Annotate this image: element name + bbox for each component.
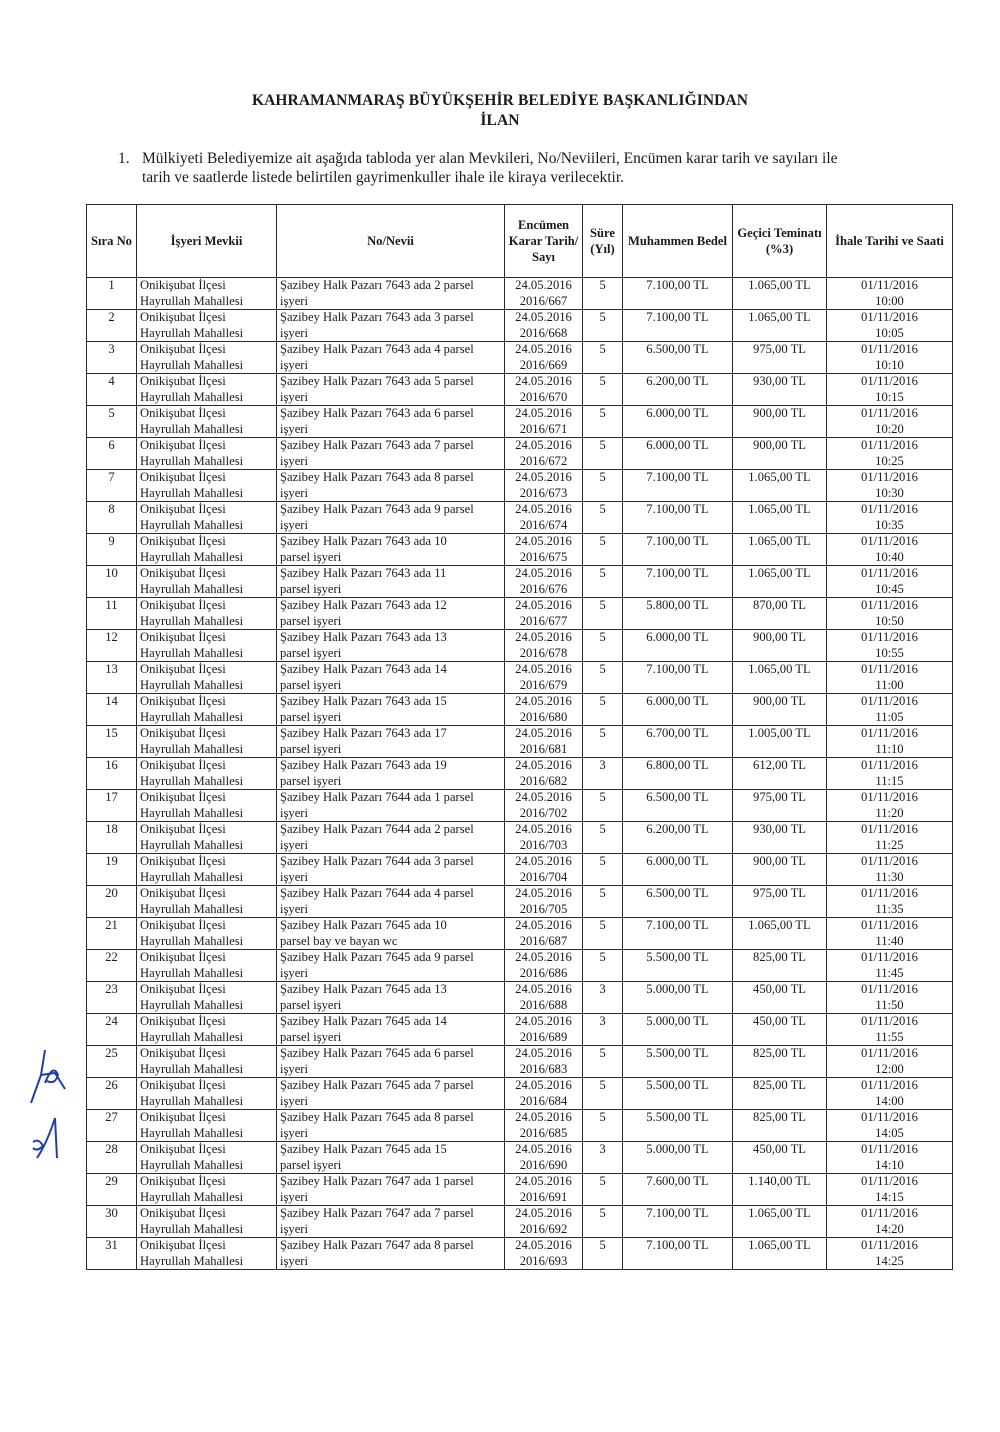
cell-encumen-karar: 24.05.20162016/703: [505, 822, 583, 854]
sira-no: 21: [105, 918, 118, 932]
ihale-tarih: 01/11/2016: [830, 886, 949, 902]
mevki-mahalle: Hayrullah Mahallesi: [140, 294, 273, 310]
karar-sayi: 2016/672: [508, 454, 579, 470]
cell-sira-no: 25: [87, 1046, 137, 1078]
ihale-tarih: 01/11/2016: [830, 1110, 949, 1126]
cell-no-nevii: Şazibey Halk Pazarı 7644 ada 3 parselişy…: [277, 854, 505, 886]
cell-gecici-teminat: 1.140,00 TL: [733, 1174, 827, 1206]
cell-ihale-tarihi: 01/11/201611:10: [827, 726, 953, 758]
sira-no: 30: [105, 1206, 118, 1220]
ihale-saat: 11:45: [830, 966, 949, 982]
cell-muhammen-bedel: 5.000,00 TL: [623, 1142, 733, 1174]
cell-encumen-karar: 24.05.20162016/688: [505, 982, 583, 1014]
cell-gecici-teminat: 825,00 TL: [733, 1110, 827, 1142]
table-body: 1Onikişubat İlçesiHayrullah MahallesiŞaz…: [87, 278, 953, 1270]
ihale-tarih: 01/11/2016: [830, 1206, 949, 1222]
cell-sira-no: 10: [87, 566, 137, 598]
cell-sure: 5: [583, 662, 623, 694]
table-row: 2Onikişubat İlçesiHayrullah MahallesiŞaz…: [87, 310, 953, 342]
karar-sayi: 2016/681: [508, 742, 579, 758]
nevi-line-1: Şazibey Halk Pazarı 7643 ada 6 parsel: [280, 406, 501, 422]
ihale-tarih: 01/11/2016: [830, 406, 949, 422]
cell-no-nevii: Şazibey Halk Pazarı 7645 ada 6 parselişy…: [277, 1046, 505, 1078]
cell-encumen-karar: 24.05.20162016/687: [505, 918, 583, 950]
sure-value: 5: [599, 1238, 605, 1252]
sira-no: 26: [105, 1078, 118, 1092]
nevi-line-1: Şazibey Halk Pazarı 7644 ada 2 parsel: [280, 822, 501, 838]
ihale-tarih: 01/11/2016: [830, 1014, 949, 1030]
cell-no-nevii: Şazibey Halk Pazarı 7643 ada 8 parselişy…: [277, 470, 505, 502]
cell-sira-no: 30: [87, 1206, 137, 1238]
ihale-saat: 10:25: [830, 454, 949, 470]
cell-encumen-karar: 24.05.20162016/678: [505, 630, 583, 662]
cell-sira-no: 5: [87, 406, 137, 438]
cell-sira-no: 1: [87, 278, 137, 310]
bedel-value: 7.100,00 TL: [646, 566, 708, 580]
sira-no: 11: [105, 598, 117, 612]
cell-sure: 5: [583, 1046, 623, 1078]
nevi-line-1: Şazibey Halk Pazarı 7643 ada 14: [280, 662, 501, 678]
mevki-ilce: Onikişubat İlçesi: [140, 374, 273, 390]
cell-no-nevii: Şazibey Halk Pazarı 7643 ada 10parsel iş…: [277, 534, 505, 566]
sure-value: 5: [599, 1110, 605, 1124]
nevi-line-2: parsel işyeri: [280, 678, 501, 694]
cell-no-nevii: Şazibey Halk Pazarı 7643 ada 5 parselişy…: [277, 374, 505, 406]
cell-sure: 5: [583, 374, 623, 406]
cell-sira-no: 16: [87, 758, 137, 790]
mevki-ilce: Onikişubat İlçesi: [140, 1014, 273, 1030]
karar-sayi: 2016/669: [508, 358, 579, 374]
sure-value: 5: [599, 1046, 605, 1060]
document-subtitle: İLAN: [0, 112, 1000, 130]
ihale-saat: 11:20: [830, 806, 949, 822]
mevki-mahalle: Hayrullah Mahallesi: [140, 422, 273, 438]
sure-value: 5: [599, 374, 605, 388]
karar-tarih: 24.05.2016: [508, 950, 579, 966]
cell-encumen-karar: 24.05.20162016/674: [505, 502, 583, 534]
mevki-mahalle: Hayrullah Mahallesi: [140, 774, 273, 790]
cell-encumen-karar: 24.05.20162016/690: [505, 1142, 583, 1174]
cell-sure: 3: [583, 758, 623, 790]
cell-isyeri-mevkii: Onikişubat İlçesiHayrullah Mahallesi: [137, 822, 277, 854]
table-row: 21Onikişubat İlçesiHayrullah MahallesiŞa…: [87, 918, 953, 950]
cell-isyeri-mevkii: Onikişubat İlçesiHayrullah Mahallesi: [137, 694, 277, 726]
bedel-value: 7.100,00 TL: [646, 918, 708, 932]
cell-isyeri-mevkii: Onikişubat İlçesiHayrullah Mahallesi: [137, 662, 277, 694]
nevi-line-1: Şazibey Halk Pazarı 7644 ada 4 parsel: [280, 886, 501, 902]
karar-sayi: 2016/674: [508, 518, 579, 534]
cell-muhammen-bedel: 7.100,00 TL: [623, 566, 733, 598]
table-row: 10Onikişubat İlçesiHayrullah MahallesiŞa…: [87, 566, 953, 598]
cell-gecici-teminat: 930,00 TL: [733, 374, 827, 406]
mevki-mahalle: Hayrullah Mahallesi: [140, 678, 273, 694]
cell-isyeri-mevkii: Onikişubat İlçesiHayrullah Mahallesi: [137, 1046, 277, 1078]
karar-sayi: 2016/692: [508, 1222, 579, 1238]
mevki-mahalle: Hayrullah Mahallesi: [140, 870, 273, 886]
ihale-saat: 14:15: [830, 1190, 949, 1206]
bedel-value: 6.500,00 TL: [646, 342, 708, 356]
cell-sure: 5: [583, 470, 623, 502]
ihale-saat: 10:55: [830, 646, 949, 662]
cell-no-nevii: Şazibey Halk Pazarı 7645 ada 8 parselişy…: [277, 1110, 505, 1142]
ihale-saat: 11:15: [830, 774, 949, 790]
ihale-saat: 10:30: [830, 486, 949, 502]
cell-ihale-tarihi: 01/11/201610:15: [827, 374, 953, 406]
sure-value: 5: [599, 854, 605, 868]
cell-isyeri-mevkii: Onikişubat İlçesiHayrullah Mahallesi: [137, 406, 277, 438]
sira-no: 7: [108, 470, 114, 484]
cell-muhammen-bedel: 6.500,00 TL: [623, 886, 733, 918]
mevki-mahalle: Hayrullah Mahallesi: [140, 966, 273, 982]
nevi-line-1: Şazibey Halk Pazarı 7645 ada 6 parsel: [280, 1046, 501, 1062]
cell-gecici-teminat: 1.005,00 TL: [733, 726, 827, 758]
karar-sayi: 2016/677: [508, 614, 579, 630]
nevi-line-2: parsel işyeri: [280, 710, 501, 726]
cell-gecici-teminat: 1.065,00 TL: [733, 566, 827, 598]
sure-value: 5: [599, 822, 605, 836]
mevki-ilce: Onikişubat İlçesi: [140, 1238, 273, 1254]
ihale-tarih: 01/11/2016: [830, 694, 949, 710]
ihale-saat: 14:05: [830, 1126, 949, 1142]
sira-no: 6: [108, 438, 114, 452]
teminat-value: 1.065,00 TL: [748, 566, 810, 580]
mevki-mahalle: Hayrullah Mahallesi: [140, 934, 273, 950]
header-isyeri-mevkii: İşyeri Mevkii: [137, 205, 277, 278]
cell-isyeri-mevkii: Onikişubat İlçesiHayrullah Mahallesi: [137, 598, 277, 630]
bedel-value: 7.100,00 TL: [646, 662, 708, 676]
cell-sure: 5: [583, 310, 623, 342]
sure-value: 3: [599, 1142, 605, 1156]
teminat-value: 900,00 TL: [753, 438, 806, 452]
mevki-ilce: Onikişubat İlçesi: [140, 470, 273, 486]
cell-gecici-teminat: 870,00 TL: [733, 598, 827, 630]
table-row: 26Onikişubat İlçesiHayrullah MahallesiŞa…: [87, 1078, 953, 1110]
karar-tarih: 24.05.2016: [508, 1078, 579, 1094]
cell-sure: 5: [583, 406, 623, 438]
cell-no-nevii: Şazibey Halk Pazarı 7643 ada 14parsel iş…: [277, 662, 505, 694]
ihale-saat: 10:35: [830, 518, 949, 534]
ihale-tarih: 01/11/2016: [830, 726, 949, 742]
cell-encumen-karar: 24.05.20162016/702: [505, 790, 583, 822]
table-row: 6Onikişubat İlçesiHayrullah MahallesiŞaz…: [87, 438, 953, 470]
cell-no-nevii: Şazibey Halk Pazarı 7643 ada 3 parselişy…: [277, 310, 505, 342]
cell-encumen-karar: 24.05.20162016/689: [505, 1014, 583, 1046]
cell-isyeri-mevkii: Onikişubat İlçesiHayrullah Mahallesi: [137, 1174, 277, 1206]
cell-isyeri-mevkii: Onikişubat İlçesiHayrullah Mahallesi: [137, 726, 277, 758]
cell-no-nevii: Şazibey Halk Pazarı 7645 ada 7 parselişy…: [277, 1078, 505, 1110]
karar-sayi: 2016/667: [508, 294, 579, 310]
table-row: 16Onikişubat İlçesiHayrullah MahallesiŞa…: [87, 758, 953, 790]
cell-sure: 5: [583, 1110, 623, 1142]
nevi-line-2: işyeri: [280, 454, 501, 470]
teminat-value: 1.065,00 TL: [748, 662, 810, 676]
table-row: 24Onikişubat İlçesiHayrullah MahallesiŞa…: [87, 1014, 953, 1046]
table-row: 4Onikişubat İlçesiHayrullah MahallesiŞaz…: [87, 374, 953, 406]
cell-isyeri-mevkii: Onikişubat İlçesiHayrullah Mahallesi: [137, 374, 277, 406]
cell-gecici-teminat: 1.065,00 TL: [733, 310, 827, 342]
sure-value: 5: [599, 790, 605, 804]
karar-sayi: 2016/693: [508, 1254, 579, 1270]
ihale-tarih: 01/11/2016: [830, 790, 949, 806]
cell-encumen-karar: 24.05.20162016/705: [505, 886, 583, 918]
cell-ihale-tarihi: 01/11/201610:00: [827, 278, 953, 310]
bedel-value: 6.500,00 TL: [646, 790, 708, 804]
table-row: 12Onikişubat İlçesiHayrullah MahallesiŞa…: [87, 630, 953, 662]
sure-value: 5: [599, 438, 605, 452]
ihale-tarih: 01/11/2016: [830, 950, 949, 966]
table-row: 31Onikişubat İlçesiHayrullah MahallesiŞa…: [87, 1238, 953, 1270]
cell-muhammen-bedel: 7.100,00 TL: [623, 1206, 733, 1238]
cell-no-nevii: Şazibey Halk Pazarı 7643 ada 17parsel iş…: [277, 726, 505, 758]
table-row: 23Onikişubat İlçesiHayrullah MahallesiŞa…: [87, 982, 953, 1014]
cell-muhammen-bedel: 7.100,00 TL: [623, 502, 733, 534]
ihale-saat: 11:05: [830, 710, 949, 726]
cell-isyeri-mevkii: Onikişubat İlçesiHayrullah Mahallesi: [137, 982, 277, 1014]
mevki-mahalle: Hayrullah Mahallesi: [140, 454, 273, 470]
teminat-value: 930,00 TL: [753, 374, 806, 388]
cell-no-nevii: Şazibey Halk Pazarı 7643 ada 2 parselişy…: [277, 278, 505, 310]
cell-ihale-tarihi: 01/11/201611:45: [827, 950, 953, 982]
teminat-value: 450,00 TL: [753, 982, 806, 996]
ihale-saat: 11:10: [830, 742, 949, 758]
nevi-line-2: işyeri: [280, 390, 501, 406]
ihale-saat: 10:10: [830, 358, 949, 374]
cell-encumen-karar: 24.05.20162016/685: [505, 1110, 583, 1142]
sure-value: 5: [599, 886, 605, 900]
table-row: 18Onikişubat İlçesiHayrullah MahallesiŞa…: [87, 822, 953, 854]
cell-no-nevii: Şazibey Halk Pazarı 7643 ada 13parsel iş…: [277, 630, 505, 662]
cell-sira-no: 4: [87, 374, 137, 406]
ihale-saat: 12:00: [830, 1062, 949, 1078]
karar-sayi: 2016/683: [508, 1062, 579, 1078]
cell-ihale-tarihi: 01/11/201614:15: [827, 1174, 953, 1206]
sure-value: 5: [599, 1174, 605, 1188]
cell-isyeri-mevkii: Onikişubat İlçesiHayrullah Mahallesi: [137, 758, 277, 790]
teminat-value: 870,00 TL: [753, 598, 806, 612]
teminat-value: 450,00 TL: [753, 1014, 806, 1028]
ihale-tarih: 01/11/2016: [830, 502, 949, 518]
cell-sure: 5: [583, 790, 623, 822]
mevki-mahalle: Hayrullah Mahallesi: [140, 518, 273, 534]
nevi-line-1: Şazibey Halk Pazarı 7647 ada 1 parsel: [280, 1174, 501, 1190]
sure-value: 5: [599, 950, 605, 964]
cell-sure: 5: [583, 1206, 623, 1238]
cell-isyeri-mevkii: Onikişubat İlçesiHayrullah Mahallesi: [137, 278, 277, 310]
cell-sure: 5: [583, 854, 623, 886]
mevki-mahalle: Hayrullah Mahallesi: [140, 1158, 273, 1174]
ihale-tarih: 01/11/2016: [830, 598, 949, 614]
karar-tarih: 24.05.2016: [508, 406, 579, 422]
mevki-ilce: Onikişubat İlçesi: [140, 1142, 273, 1158]
ihale-saat: 10:20: [830, 422, 949, 438]
bedel-value: 7.100,00 TL: [646, 470, 708, 484]
cell-isyeri-mevkii: Onikişubat İlçesiHayrullah Mahallesi: [137, 918, 277, 950]
bedel-value: 7.100,00 TL: [646, 310, 708, 324]
nevi-line-1: Şazibey Halk Pazarı 7643 ada 11: [280, 566, 501, 582]
nevi-line-2: işyeri: [280, 294, 501, 310]
teminat-value: 612,00 TL: [753, 758, 806, 772]
cell-sure: 5: [583, 502, 623, 534]
cell-encumen-karar: 24.05.20162016/676: [505, 566, 583, 598]
paragraph-number: 1.: [118, 149, 130, 168]
sira-no: 28: [105, 1142, 118, 1156]
cell-sure: 3: [583, 982, 623, 1014]
auction-table: Sıra No İşyeri Mevkii No/Nevii Encümen K…: [86, 204, 953, 1270]
mevki-ilce: Onikişubat İlçesi: [140, 854, 273, 870]
mevki-mahalle: Hayrullah Mahallesi: [140, 614, 273, 630]
nevi-line-2: işyeri: [280, 326, 501, 342]
ihale-saat: 14:20: [830, 1222, 949, 1238]
cell-gecici-teminat: 612,00 TL: [733, 758, 827, 790]
bedel-value: 5.800,00 TL: [646, 598, 708, 612]
mevki-mahalle: Hayrullah Mahallesi: [140, 1126, 273, 1142]
mevki-mahalle: Hayrullah Mahallesi: [140, 1062, 273, 1078]
sure-value: 5: [599, 918, 605, 932]
cell-no-nevii: Şazibey Halk Pazarı 7645 ada 9 parselişy…: [277, 950, 505, 982]
cell-no-nevii: Şazibey Halk Pazarı 7647 ada 8 parselişy…: [277, 1238, 505, 1270]
mevki-mahalle: Hayrullah Mahallesi: [140, 1254, 273, 1270]
karar-sayi: 2016/678: [508, 646, 579, 662]
table-row: 11Onikişubat İlçesiHayrullah MahallesiŞa…: [87, 598, 953, 630]
mevki-mahalle: Hayrullah Mahallesi: [140, 742, 273, 758]
karar-tarih: 24.05.2016: [508, 1110, 579, 1126]
sira-no: 15: [105, 726, 118, 740]
cell-isyeri-mevkii: Onikişubat İlçesiHayrullah Mahallesi: [137, 1206, 277, 1238]
cell-gecici-teminat: 1.065,00 TL: [733, 470, 827, 502]
nevi-line-1: Şazibey Halk Pazarı 7643 ada 3 parsel: [280, 310, 501, 326]
ihale-tarih: 01/11/2016: [830, 1142, 949, 1158]
cell-sira-no: 29: [87, 1174, 137, 1206]
cell-encumen-karar: 24.05.20162016/673: [505, 470, 583, 502]
mevki-ilce: Onikişubat İlçesi: [140, 630, 273, 646]
cell-no-nevii: Şazibey Halk Pazarı 7643 ada 15parsel iş…: [277, 694, 505, 726]
cell-ihale-tarihi: 01/11/201612:00: [827, 1046, 953, 1078]
mevki-ilce: Onikişubat İlçesi: [140, 886, 273, 902]
nevi-line-2: işyeri: [280, 1254, 501, 1270]
karar-sayi: 2016/686: [508, 966, 579, 982]
sira-no: 25: [105, 1046, 118, 1060]
karar-sayi: 2016/671: [508, 422, 579, 438]
karar-sayi: 2016/675: [508, 550, 579, 566]
table-row: 17Onikişubat İlçesiHayrullah MahallesiŞa…: [87, 790, 953, 822]
sure-value: 5: [599, 694, 605, 708]
cell-encumen-karar: 24.05.20162016/692: [505, 1206, 583, 1238]
mevki-mahalle: Hayrullah Mahallesi: [140, 1094, 273, 1110]
sira-no: 20: [105, 886, 118, 900]
sira-no: 18: [105, 822, 118, 836]
header-no-nevii: No/Nevii: [277, 205, 505, 278]
cell-ihale-tarihi: 01/11/201614:25: [827, 1238, 953, 1270]
ihale-saat: 11:35: [830, 902, 949, 918]
cell-ihale-tarihi: 01/11/201610:25: [827, 438, 953, 470]
nevi-line-1: Şazibey Halk Pazarı 7643 ada 15: [280, 694, 501, 710]
sure-value: 5: [599, 726, 605, 740]
mevki-ilce: Onikişubat İlçesi: [140, 758, 273, 774]
cell-ihale-tarihi: 01/11/201611:40: [827, 918, 953, 950]
ihale-saat: 10:05: [830, 326, 949, 342]
table-row: 5Onikişubat İlçesiHayrullah MahallesiŞaz…: [87, 406, 953, 438]
karar-tarih: 24.05.2016: [508, 310, 579, 326]
cell-gecici-teminat: 975,00 TL: [733, 886, 827, 918]
ihale-saat: 11:30: [830, 870, 949, 886]
bedel-value: 5.500,00 TL: [646, 950, 708, 964]
karar-tarih: 24.05.2016: [508, 790, 579, 806]
nevi-line-2: parsel işyeri: [280, 582, 501, 598]
bedel-value: 5.500,00 TL: [646, 1046, 708, 1060]
cell-encumen-karar: 24.05.20162016/683: [505, 1046, 583, 1078]
cell-sure: 5: [583, 886, 623, 918]
ihale-saat: 11:00: [830, 678, 949, 694]
cell-gecici-teminat: 825,00 TL: [733, 1078, 827, 1110]
karar-tarih: 24.05.2016: [508, 694, 579, 710]
cell-isyeri-mevkii: Onikişubat İlçesiHayrullah Mahallesi: [137, 534, 277, 566]
cell-no-nevii: Şazibey Halk Pazarı 7645 ada 10parsel ba…: [277, 918, 505, 950]
sira-no: 3: [108, 342, 114, 356]
mevki-mahalle: Hayrullah Mahallesi: [140, 1190, 273, 1206]
cell-gecici-teminat: 975,00 TL: [733, 790, 827, 822]
table-row: 14Onikişubat İlçesiHayrullah MahallesiŞa…: [87, 694, 953, 726]
teminat-value: 1.065,00 TL: [748, 470, 810, 484]
cell-ihale-tarihi: 01/11/201611:50: [827, 982, 953, 1014]
sure-value: 3: [599, 982, 605, 996]
cell-muhammen-bedel: 7.100,00 TL: [623, 470, 733, 502]
table-row: 7Onikişubat İlçesiHayrullah MahallesiŞaz…: [87, 470, 953, 502]
cell-gecici-teminat: 1.065,00 TL: [733, 278, 827, 310]
cell-isyeri-mevkii: Onikişubat İlçesiHayrullah Mahallesi: [137, 1078, 277, 1110]
cell-sure: 5: [583, 438, 623, 470]
teminat-value: 900,00 TL: [753, 694, 806, 708]
mevki-ilce: Onikişubat İlçesi: [140, 566, 273, 582]
cell-sira-no: 28: [87, 1142, 137, 1174]
cell-encumen-karar: 24.05.20162016/682: [505, 758, 583, 790]
cell-sure: 5: [583, 918, 623, 950]
cell-muhammen-bedel: 6.000,00 TL: [623, 438, 733, 470]
cell-sure: 5: [583, 566, 623, 598]
teminat-value: 825,00 TL: [753, 1110, 806, 1124]
ihale-tarih: 01/11/2016: [830, 1078, 949, 1094]
teminat-value: 900,00 TL: [753, 406, 806, 420]
cell-no-nevii: Şazibey Halk Pazarı 7644 ada 1 parselişy…: [277, 790, 505, 822]
karar-sayi: 2016/691: [508, 1190, 579, 1206]
cell-isyeri-mevkii: Onikişubat İlçesiHayrullah Mahallesi: [137, 790, 277, 822]
cell-no-nevii: Şazibey Halk Pazarı 7643 ada 9 parselişy…: [277, 502, 505, 534]
cell-sira-no: 26: [87, 1078, 137, 1110]
nevi-line-2: işyeri: [280, 422, 501, 438]
bedel-value: 6.500,00 TL: [646, 886, 708, 900]
karar-sayi: 2016/688: [508, 998, 579, 1014]
ihale-saat: 10:00: [830, 294, 949, 310]
cell-encumen-karar: 24.05.20162016/704: [505, 854, 583, 886]
cell-muhammen-bedel: 6.500,00 TL: [623, 342, 733, 374]
cell-gecici-teminat: 825,00 TL: [733, 1046, 827, 1078]
nevi-line-1: Şazibey Halk Pazarı 7644 ada 3 parsel: [280, 854, 501, 870]
karar-tarih: 24.05.2016: [508, 1206, 579, 1222]
cell-encumen-karar: 24.05.20162016/670: [505, 374, 583, 406]
ihale-tarih: 01/11/2016: [830, 918, 949, 934]
header-sure: Süre (Yıl): [583, 205, 623, 278]
sira-no: 24: [105, 1014, 118, 1028]
karar-tarih: 24.05.2016: [508, 1238, 579, 1254]
nevi-line-2: işyeri: [280, 1222, 501, 1238]
sira-no: 8: [108, 502, 114, 516]
cell-encumen-karar: 24.05.20162016/691: [505, 1174, 583, 1206]
cell-no-nevii: Şazibey Halk Pazarı 7647 ada 7 parselişy…: [277, 1206, 505, 1238]
ihale-tarih: 01/11/2016: [830, 374, 949, 390]
mevki-ilce: Onikişubat İlçesi: [140, 726, 273, 742]
cell-encumen-karar: 24.05.20162016/669: [505, 342, 583, 374]
sira-no: 9: [108, 534, 114, 548]
cell-gecici-teminat: 900,00 TL: [733, 438, 827, 470]
